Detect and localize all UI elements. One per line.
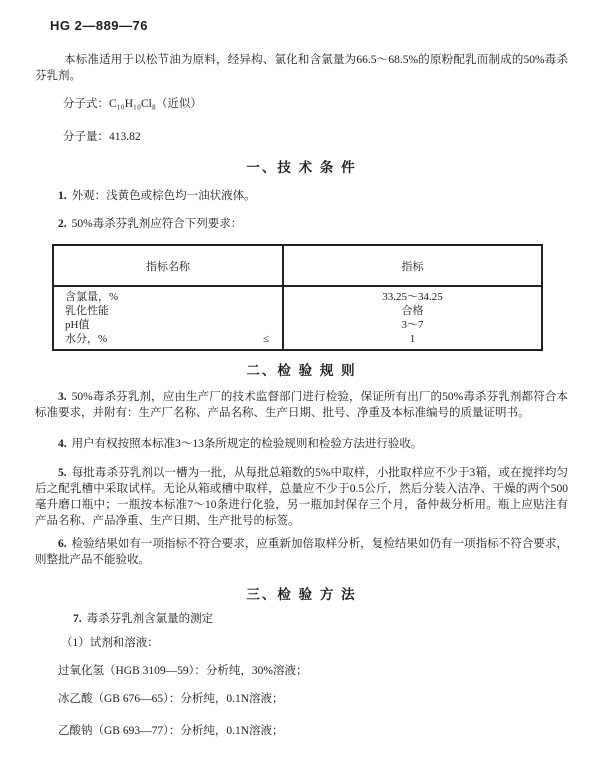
indicator-name-1: 乳化性能 xyxy=(65,304,109,318)
table-header-indicator-name: 指标名称 xyxy=(54,246,284,285)
indicator-name-2: pH值 xyxy=(65,318,89,332)
item-4-number: 4. xyxy=(58,438,67,450)
table-row: 水分，%≤ xyxy=(65,332,282,346)
indicator-name-column: 含氯量，% 乳化性能 pH值 水分，%≤ xyxy=(54,287,284,349)
item-2-number: 2. xyxy=(58,218,67,230)
indicator-value-1: 合格 xyxy=(284,304,541,318)
indicator-value-0: 33.25～34.25 xyxy=(284,290,541,304)
reagent-line-1: 冰乙酸（GB 676—65）：分析纯，0.1N溶液； xyxy=(35,691,568,707)
table-row: 乳化性能 xyxy=(65,304,282,318)
item-5-number: 5. xyxy=(58,467,67,479)
spec-table: 指标名称 指标 含氯量，% 乳化性能 pH值 水分，%≤ 33.25～34.25… xyxy=(52,244,543,351)
molecular-formula-line: 分子式：C₁₀H₁₀Cl₈（近似） xyxy=(35,96,568,112)
indicator-op-0 xyxy=(269,290,282,304)
doc-number: HG 2—889—76 xyxy=(50,18,568,33)
item-1-number: 1. xyxy=(58,190,67,202)
indicator-name-3: 水分，% xyxy=(65,332,107,346)
item-3-number: 3. xyxy=(58,391,67,403)
item-1: 1.外观：浅黄色或棕色均一油状液体。 xyxy=(35,188,568,204)
indicator-value-2: 3～7 xyxy=(284,318,541,332)
reagent-line-0: 过氧化氢（HGB 3109—59）：分析纯，30%溶液； xyxy=(35,663,568,679)
indicator-op-1 xyxy=(269,304,282,318)
section-2-heading: 二、检 验 规 则 xyxy=(35,359,568,379)
document-page: HG 2—889—76 本标准适用于以松节油为原料，经异构、氯化和含氯量为66.… xyxy=(0,0,600,769)
section-3-heading: 三、检 验 方 法 xyxy=(35,583,568,603)
item-2: 2.50%毒杀芬乳剂应符合下列要求： xyxy=(35,216,568,232)
section-1-heading: 一、技 术 条 件 xyxy=(35,156,568,176)
indicator-value-column: 33.25～34.25 合格 3～7 1 xyxy=(284,287,541,349)
item-3: 3.50%毒杀芬乳剂，应由生产厂的技术监督部门进行检验，保证所有出厂的50%毒杀… xyxy=(35,389,568,421)
item-6: 6.检验结果如有一项指标不符合要求，应重新加倍取样分析，复检结果如仍有一项指标不… xyxy=(35,536,568,568)
indicator-op-3: ≤ xyxy=(263,332,282,346)
item-3-text: 50%毒杀芬乳剂，应由生产厂的技术监督部门进行检验，保证所有出厂的50%毒杀芬乳… xyxy=(35,391,568,419)
indicator-value-3: 1 xyxy=(284,332,541,346)
table-header-indicator-value: 指标 xyxy=(284,246,541,285)
item-4-text: 用户有权按照本标准3～13条所规定的检验规则和检验方法进行验收。 xyxy=(72,438,423,450)
spec-table-body: 含氯量，% 乳化性能 pH值 水分，%≤ 33.25～34.25 合格 3～7 … xyxy=(54,287,541,349)
intro-paragraph: 本标准适用于以松节油为原料，经异构、氯化和含氯量为66.5～68.5%的原粉配乳… xyxy=(35,52,568,84)
reagent-line-2: 乙酸钠（GB 693—77）：分析纯，0.1N溶液； xyxy=(35,723,568,739)
table-row: 含氯量，% xyxy=(65,290,282,304)
item-7: 7.毒杀芬乳剂含氯量的测定 xyxy=(35,611,568,627)
item-4: 4.用户有权按照本标准3～13条所规定的检验规则和检验方法进行验收。 xyxy=(35,436,568,452)
item-6-number: 6. xyxy=(58,538,67,550)
item-1-text: 外观：浅黄色或棕色均一油状液体。 xyxy=(72,190,256,202)
sub-item-1: （1）试剂和溶液： xyxy=(35,635,568,651)
indicator-name-0: 含氯量，% xyxy=(65,290,118,304)
molecular-weight-line: 分子量：413.82 xyxy=(35,129,568,145)
item-5: 5.每批毒杀芬乳剂以一槽为一批，从每批总箱数的5%中取样，小批取样应不少于3箱，… xyxy=(35,465,568,529)
item-7-number: 7. xyxy=(73,613,82,625)
item-2-text: 50%毒杀芬乳剂应符合下列要求： xyxy=(72,218,243,230)
item-7-text: 毒杀芬乳剂含氯量的测定 xyxy=(87,613,214,625)
item-5-text: 每批毒杀芬乳剂以一槽为一批，从每批总箱数的5%中取样，小批取样应不少于3箱，或在… xyxy=(35,467,568,527)
indicator-op-2 xyxy=(269,318,282,332)
spec-table-header-row: 指标名称 指标 xyxy=(54,246,541,287)
item-6-text: 检验结果如有一项指标不符合要求，应重新加倍取样分析，复检结果如仍有一项指标不符合… xyxy=(35,538,568,566)
table-row: pH值 xyxy=(65,318,282,332)
